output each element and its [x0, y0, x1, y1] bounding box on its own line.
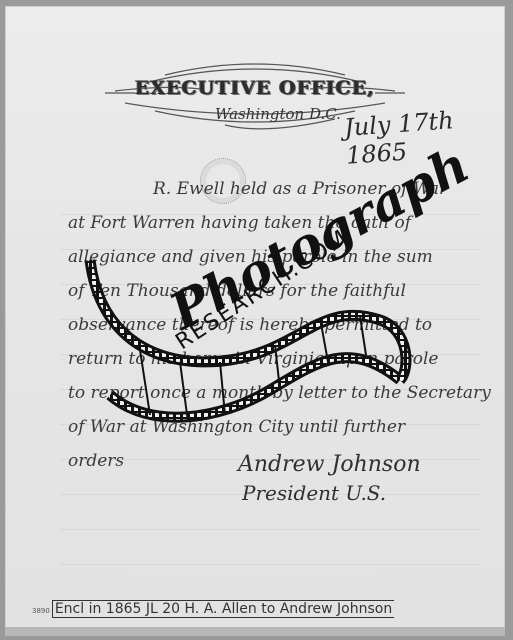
body-line: to report once a month by letter to the … [68, 376, 478, 410]
letterhead-heading: EXECUTIVE OFFICE, [105, 77, 405, 99]
body-line: return to his home in Virginia, upon par… [68, 342, 478, 376]
body-line: of Ten Thousand dollars for the faithful [68, 274, 478, 308]
footer-text: Encl in 1865 JL 20 H. A. Allen to Andrew… [52, 600, 394, 618]
signature-block: Andrew Johnson President U.S. [238, 452, 421, 505]
letterhead-city: Washington D.C. [215, 105, 341, 123]
signature-title: President U.S. [238, 481, 421, 505]
letter-date: July 17th 1865 [343, 102, 513, 170]
footer-id: 3890 [32, 607, 50, 615]
paper-bottom-edge [5, 627, 505, 636]
body-line: allegiance and given his parole in the s… [68, 240, 478, 274]
body-line: of War at Washington City until further [68, 410, 478, 444]
body-line: observance thereof is hereby permitted t… [68, 308, 478, 342]
letter-body: R. Ewell held as a Prisoner of War at Fo… [68, 172, 478, 478]
archival-footer-note: 3890Encl in 1865 JL 20 H. A. Allen to An… [32, 601, 394, 617]
signature-name: Andrew Johnson [238, 452, 421, 477]
body-line: R. Ewell held as a Prisoner of War [68, 172, 478, 206]
body-line: at Fort Warren having taken the oath of [68, 206, 478, 240]
